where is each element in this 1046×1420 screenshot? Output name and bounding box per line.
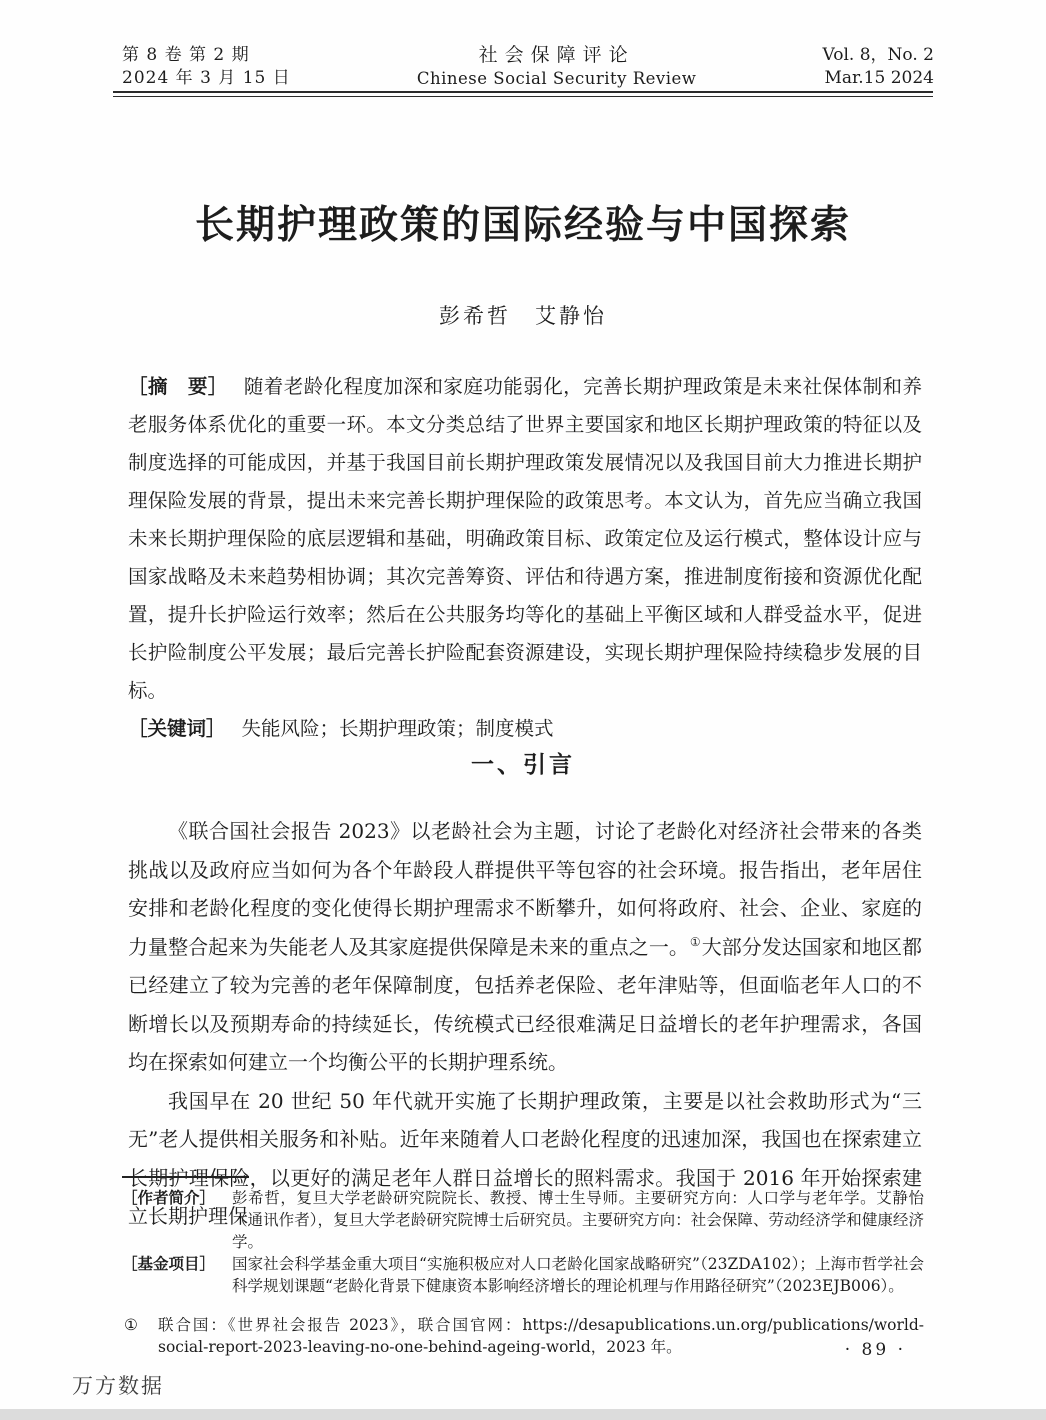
article-title: 长期护理政策的国际经验与中国探索 (0, 194, 1046, 250)
keywords-line: ［关键词］失能风险；长期护理政策；制度模式 (128, 710, 922, 748)
funding-label: ［基金项目］ (122, 1253, 220, 1297)
header-divider-rule (113, 91, 933, 97)
issue-number-cn: 第 8 卷 第 2 期 (122, 44, 291, 67)
article-authors: 彭希哲 艾静怡 (0, 300, 1046, 330)
footnote-reference-text: 联合国：《世界社会报告 2023》，联合国官网：https://desapubl… (148, 1314, 924, 1358)
journal-title-en: Chinese Social Security Review (417, 67, 696, 90)
abstract-paragraph: ［摘 要］随着老龄化程度加深和家庭功能弱化，完善长期护理政策是未来社保体制和养老… (128, 368, 922, 710)
journal-header: 第 8 卷 第 2 期 2024 年 3 月 15 日 社会保障评论 Chine… (122, 44, 934, 90)
footnotes-block: ［作者简介］ 彭希哲，复旦大学老龄研究院院长、教授、博士生导师。主要研究方向：人… (122, 1176, 924, 1358)
page-number: · 89 · (845, 1340, 906, 1360)
keywords-label: ［关键词］ (128, 717, 242, 740)
author-bio-label: ［作者简介］ (122, 1187, 220, 1253)
footnote-marker-1: ① (689, 935, 702, 949)
scan-edge-strip (0, 1409, 1046, 1420)
footnote-reference-1: ① 联合国：《世界社会报告 2023》，联合国官网：https://desapu… (122, 1314, 924, 1358)
author-bio-note: ［作者简介］ 彭希哲，复旦大学老龄研究院院长、教授、博士生导师。主要研究方向：人… (122, 1187, 924, 1253)
issue-date-en: Mar.15 2024 (823, 67, 934, 90)
header-issue-cn: 第 8 卷 第 2 期 2024 年 3 月 15 日 (122, 44, 291, 90)
issue-number-en: Vol. 8，No. 2 (823, 44, 934, 67)
funding-note: ［基金项目］ 国家社会科学基金重大项目“实施积极应对人口老龄化国家战略研究”（2… (122, 1253, 924, 1297)
journal-page: 第 8 卷 第 2 期 2024 年 3 月 15 日 社会保障评论 Chine… (0, 0, 1046, 1420)
funding-text: 国家社会科学基金重大项目“实施积极应对人口老龄化国家战略研究”（23ZDA102… (220, 1253, 924, 1297)
issue-date-cn: 2024 年 3 月 15 日 (122, 67, 291, 90)
wanfang-watermark: 万方数据 (72, 1370, 164, 1400)
keywords-text: 失能风险；长期护理政策；制度模式 (242, 717, 554, 740)
abstract-text: 随着老龄化程度加深和家庭功能弱化，完善长期护理政策是未来社保体制和养老服务体系优… (128, 375, 922, 702)
header-journal-title: 社会保障评论 Chinese Social Security Review (417, 44, 696, 90)
footnote-reference-marker: ① (122, 1314, 148, 1358)
journal-title-cn: 社会保障评论 (417, 44, 696, 67)
section-heading-introduction: 一、引言 (0, 746, 1046, 779)
abstract-label: ［摘 要］ (128, 375, 244, 398)
intro-paragraph-1: 《联合国社会报告 2023》以老龄社会为主题，讨论了老龄化对经济社会带来的各类挑… (128, 812, 922, 1082)
footnote-divider-rule (122, 1176, 249, 1178)
author-bio-text: 彭希哲，复旦大学老龄研究院院长、教授、博士生导师。主要研究方向：人口学与老年学。… (220, 1187, 924, 1253)
abstract-block: ［摘 要］随着老龄化程度加深和家庭功能弱化，完善长期护理政策是未来社保体制和养老… (128, 368, 922, 748)
header-issue-en: Vol. 8，No. 2 Mar.15 2024 (823, 44, 934, 90)
body-text: 《联合国社会报告 2023》以老龄社会为主题，讨论了老龄化对经济社会带来的各类挑… (128, 812, 922, 1236)
